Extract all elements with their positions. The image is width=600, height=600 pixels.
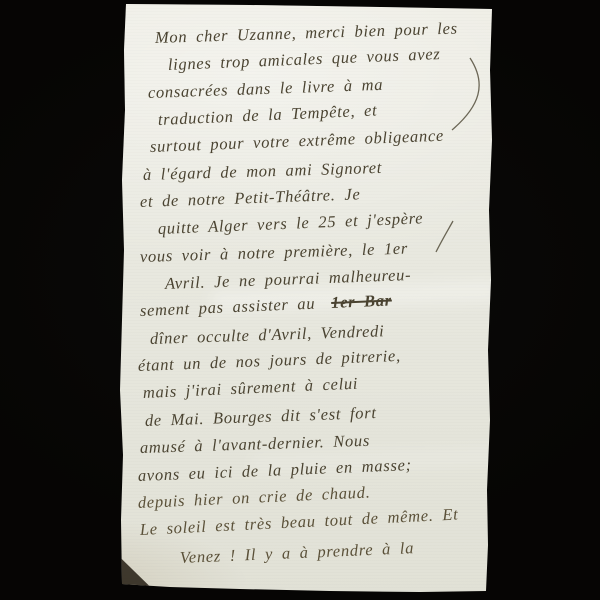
letter-paper: Mon cher Uzanne, merci bien pour les lig… xyxy=(0,0,600,600)
letter-line-text: Venez ! Il y a à prendre à la xyxy=(179,538,414,567)
letter-line-text: et de notre Petit-Théâtre. Je xyxy=(140,184,361,211)
letter-line-text: quitte Alger vers le 25 et j'espère xyxy=(158,209,424,239)
photo-background: Mon cher Uzanne, merci bien pour les lig… xyxy=(0,0,600,600)
struck-through-text: 1er Bar xyxy=(331,291,392,313)
letter-line-text: surtout pour votre extrême obligeance xyxy=(150,126,445,156)
letter-line-text: mais j'irai sûrement à celui xyxy=(142,374,358,402)
letter-text: Mon cher Uzanne, merci bien pour les lig… xyxy=(122,24,494,571)
letter-line-text: de Mai. Bourges dit s'est fort xyxy=(145,403,377,430)
letter-line-text: sement pas assister au xyxy=(139,294,315,320)
